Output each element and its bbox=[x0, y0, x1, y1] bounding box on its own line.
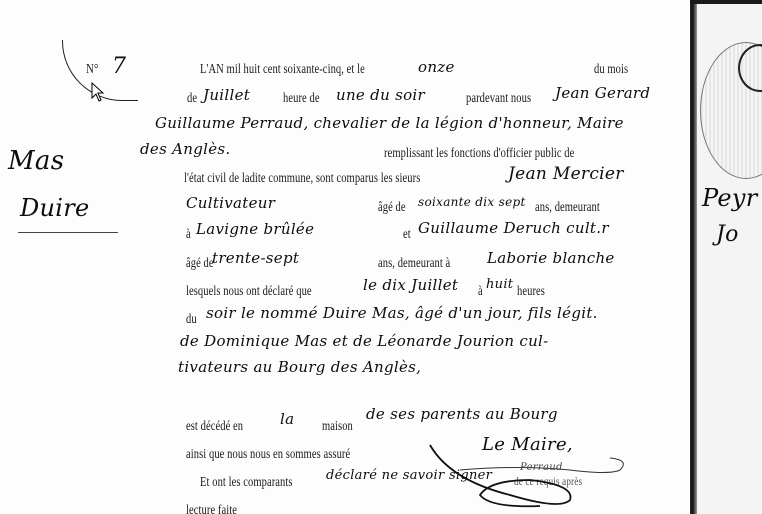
mayor-signature-name: Perraud bbox=[520, 462, 563, 473]
mayor-signature-flourish bbox=[420, 440, 640, 514]
margin-surname: Mas bbox=[8, 146, 64, 176]
margin-underline bbox=[18, 232, 118, 233]
handwritten-residence-1: Lavigne brûlée bbox=[196, 220, 314, 238]
printed-text: à bbox=[478, 283, 483, 299]
handwritten-officer-name: Jean Gerard bbox=[555, 84, 650, 102]
printed-text: l'état civil de ladite commune, sont com… bbox=[184, 170, 420, 186]
book-binding-fold bbox=[690, 0, 697, 514]
handwritten-age-1: soixante dix sept bbox=[418, 195, 526, 209]
handwritten-death-hour: huit bbox=[486, 277, 513, 292]
handwritten-witness-2: Guillaume Deruch cult.r bbox=[418, 219, 609, 237]
handwritten-place-article: la bbox=[280, 410, 294, 428]
printed-text: ainsi que nous nous en sommes assuré bbox=[186, 446, 350, 462]
printed-text: de bbox=[187, 90, 197, 106]
handwritten-day: onze bbox=[418, 58, 455, 76]
handwritten-witness-1: Jean Mercier bbox=[508, 164, 624, 184]
handwritten-month: Juillet bbox=[203, 86, 250, 104]
printed-text: âgé de bbox=[186, 255, 214, 271]
printed-text: lesquels nous ont déclaré que bbox=[186, 283, 312, 299]
record-number-value: 7 bbox=[112, 54, 126, 79]
printed-text: du bbox=[186, 311, 197, 327]
printed-text: lecture faite bbox=[186, 502, 237, 514]
handwritten-residence-2: Laborie blanche bbox=[487, 249, 615, 267]
printed-text: L'AN mil huit cent soixante-cinq, et le bbox=[200, 61, 365, 77]
printed-text: et bbox=[403, 226, 411, 242]
handwritten-commune: des Anglès. bbox=[140, 140, 230, 158]
handwritten-hour: une du soir bbox=[336, 86, 425, 104]
handwritten-occupation: Cultivateur bbox=[186, 194, 275, 212]
handwritten-death-date: le dix Juillet bbox=[363, 276, 458, 294]
printed-text: heures bbox=[517, 283, 545, 299]
printed-text: remplissant les fonctions d'officier pub… bbox=[384, 145, 574, 161]
printed-text: maison bbox=[322, 418, 353, 434]
handwritten-deceased-info: soir le nommé Duire Mas, âgé d'un jour, … bbox=[206, 304, 598, 322]
printed-text: pardevant nous bbox=[466, 90, 531, 106]
printed-text: ans, demeurant à bbox=[378, 255, 450, 271]
adjacent-page-text-2: Jo bbox=[716, 222, 739, 247]
handwritten-officer-title: Guillaume Perraud, chevalier de la légio… bbox=[155, 114, 624, 132]
handwritten-age-2: trente-sept bbox=[212, 249, 299, 267]
printed-text: âgé de bbox=[378, 199, 406, 215]
record-number-label: N° bbox=[86, 62, 98, 78]
printed-text: heure de bbox=[283, 90, 320, 106]
printed-text: est décédé en bbox=[186, 418, 243, 434]
mouse-cursor-icon bbox=[91, 82, 105, 102]
printed-text: ans, demeurant bbox=[535, 199, 600, 215]
margin-given-name: Duire bbox=[20, 194, 90, 222]
adjacent-page-text-1: Peyr bbox=[702, 184, 758, 212]
handwritten-death-place: de ses parents au Bourg bbox=[366, 405, 558, 423]
handwritten-parents-residence: tivateurs au Bourg des Anglès, bbox=[178, 358, 421, 376]
handwritten-parents: de Dominique Mas et de Léonarde Jourion … bbox=[180, 332, 549, 350]
printed-text: à bbox=[186, 226, 191, 242]
printed-text: du mois bbox=[594, 61, 628, 77]
printed-text: Et ont les comparants bbox=[200, 474, 293, 490]
